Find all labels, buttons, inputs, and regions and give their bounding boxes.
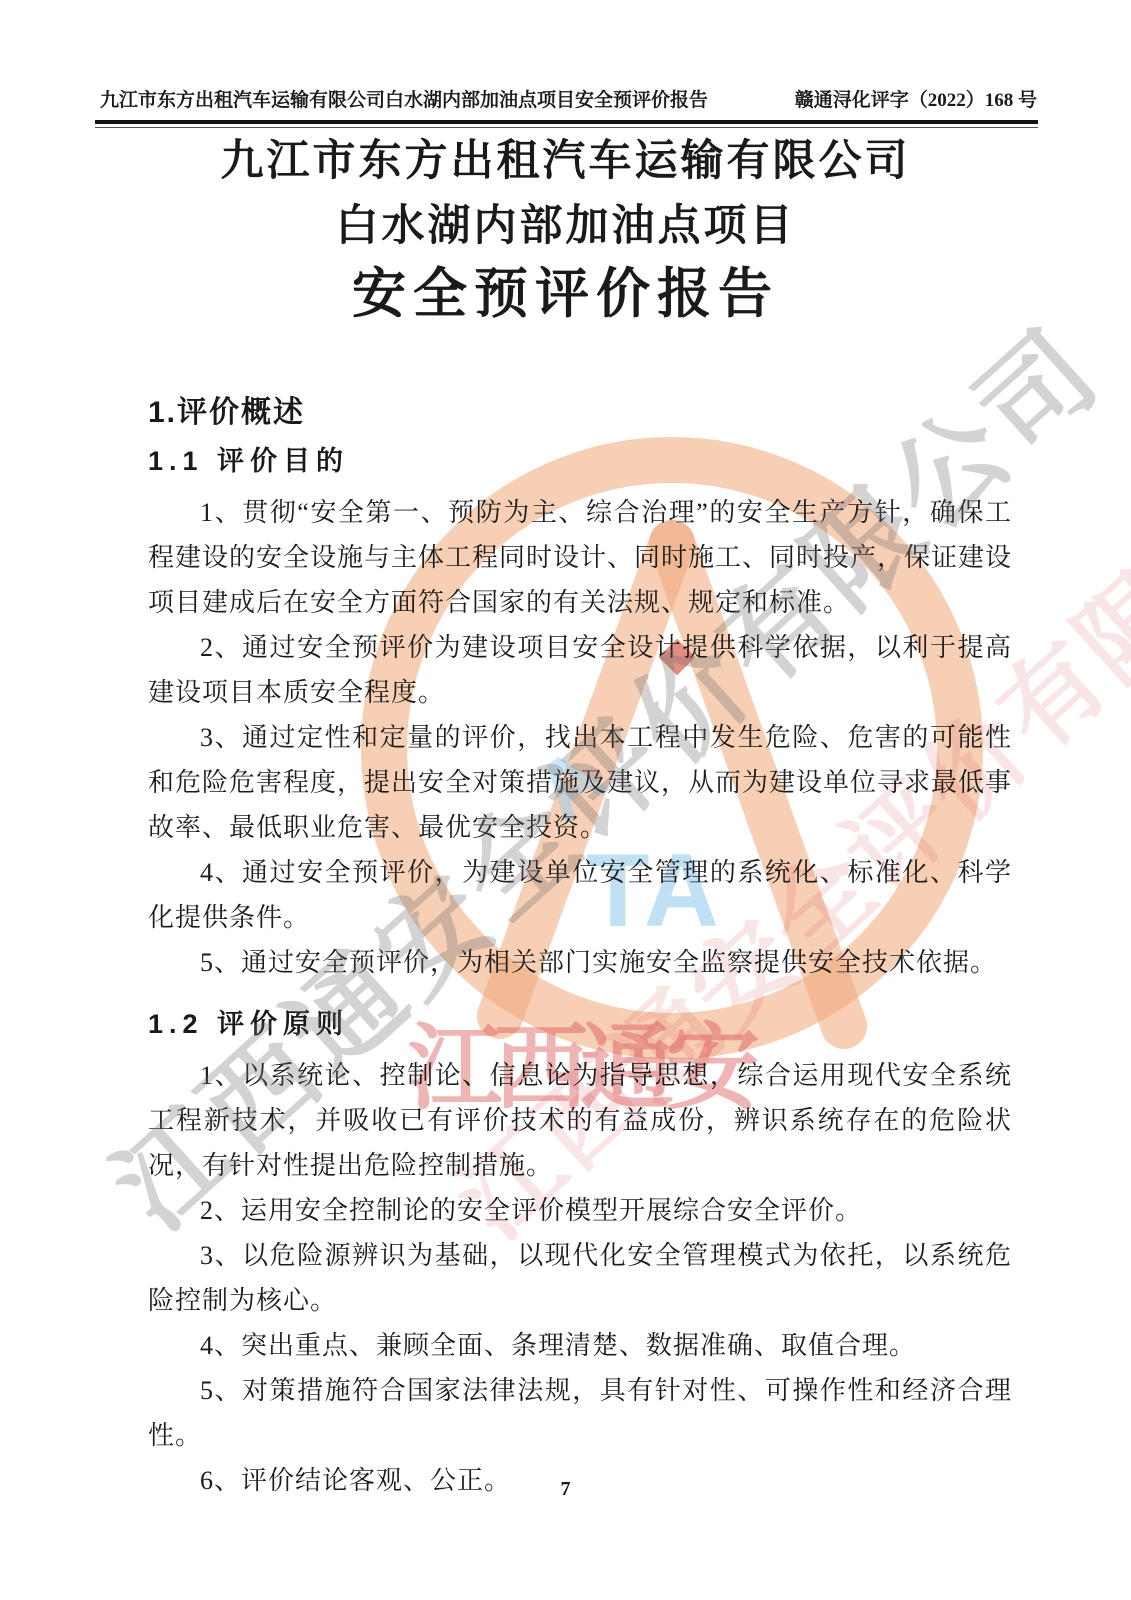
title-report-type: 安全预评价报告 — [0, 259, 1131, 329]
subsection-heading-principles: 1.2 评价原则 — [148, 1005, 1012, 1043]
subsection-heading-purpose: 1.1 评价目的 — [148, 442, 1012, 480]
header-divider — [95, 120, 1038, 128]
header-doc-number: 赣通浔化评字（2022）168 号 — [795, 88, 1037, 114]
paragraph: 5、对策措施符合国家法律法规，具有针对性、可操作性和经济合理性。 — [148, 1368, 1012, 1458]
document-title-block: 九江市东方出租汽车运输有限公司 白水湖内部加油点项目 安全预评价报告 — [0, 130, 1131, 329]
title-project-name: 白水湖内部加油点项目 — [0, 195, 1131, 257]
page-number: 7 — [0, 1478, 1131, 1501]
paragraph: 1、以系统论、控制论、信息论为指导思想，综合运用现代安全系统工程新技术，并吸收已… — [148, 1053, 1012, 1188]
document-content: 1.评价概述 1.1 评价目的 1、贯彻“安全第一、预防为主、综合治理”的安全生… — [148, 392, 1012, 1503]
paragraph: 5、通过安全预评价，为相关部门实施安全监察提供安全技术依据。 — [148, 940, 1012, 985]
title-company-name: 九江市东方出租汽车运输有限公司 — [0, 130, 1131, 192]
paragraph: 2、通过安全预评价为建设项目安全设计提供科学依据，以利于提高建设项目本质安全程度… — [148, 625, 1012, 715]
page-header: 九江市东方出租汽车运输有限公司白水湖内部加油点项目安全预评价报告 赣通浔化评字（… — [100, 88, 1037, 114]
header-report-title: 九江市东方出租汽车运输有限公司白水湖内部加油点项目安全预评价报告 — [100, 88, 708, 114]
paragraph: 3、通过定性和定量的评价，找出本工程中发生危险、危害的可能性和危险危害程度，提出… — [148, 715, 1012, 850]
document-page: A TA 江西通安全评价有限公司 江西通安 九江市东方出租汽车运输有限公司白水湖… — [0, 0, 1131, 1600]
paragraph: 2、运用安全控制论的安全评价模型开展综合安全评价。 — [148, 1188, 1012, 1233]
section-heading-overview: 1.评价概述 — [148, 392, 1012, 434]
paragraph: 1、贯彻“安全第一、预防为主、综合治理”的安全生产方针，确保工程建设的安全设施与… — [148, 490, 1012, 625]
paragraph: 4、通过安全预评价，为建设单位安全管理的系统化、标准化、科学化提供条件。 — [148, 850, 1012, 940]
paragraph: 4、突出重点、兼顾全面、条理清楚、数据准确、取值合理。 — [148, 1323, 1012, 1368]
paragraph: 3、以危险源辨识为基础，以现代化安全管理模式为依托，以系统危险控制为核心。 — [148, 1233, 1012, 1323]
